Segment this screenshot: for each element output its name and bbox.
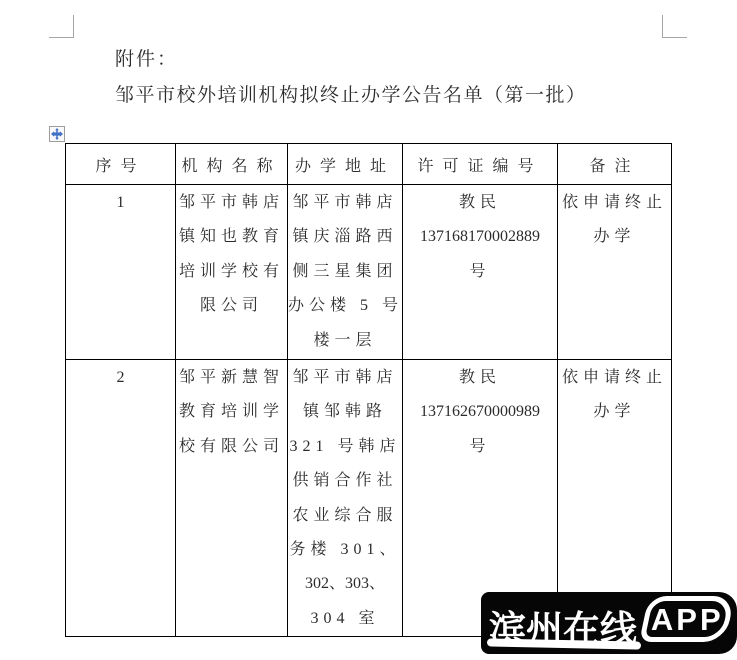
cell-line: 限公司 <box>176 289 287 323</box>
column-header: 序号 <box>66 144 176 185</box>
cell-line: 镇邹韩路 <box>288 395 402 429</box>
cell-line: 侧三星集团 <box>288 255 402 289</box>
cell-line: 教民 <box>403 361 557 395</box>
watermark-app-frame: APP <box>639 596 735 642</box>
cell-address: 邹平市韩店镇邹韩路321 号韩店供销合作社农业综合服务楼 301、302、303… <box>288 360 403 637</box>
page-margin-corner-right-icon <box>662 15 687 38</box>
cell-line: 2 <box>66 361 175 395</box>
cell-line: 校有限公司 <box>176 430 287 464</box>
cell-line: 邹平市韩店 <box>288 186 402 220</box>
page-title: 邹平市校外培训机构拟终止办学公告名单（第一批） <box>115 80 587 107</box>
cell-line: 1 <box>66 186 175 220</box>
cell-line: 321 号韩店 <box>288 430 402 464</box>
cell-line: 教育培训学 <box>176 395 287 429</box>
watermark-app-label: APP <box>651 601 724 638</box>
announcement-table: 序号机构名称办学地址许可证编号备注 1邹平市韩店镇知也教育培训学校有限公司邹平市… <box>65 143 672 637</box>
column-header: 许可证编号 <box>403 144 558 185</box>
cell-line: 依申请终止 <box>558 361 671 395</box>
cell-line: 137168170002889 <box>403 220 557 254</box>
cell-line: 号 <box>403 255 557 289</box>
cell-line: 办公楼 5 号 <box>288 289 402 323</box>
cell-line: 培训学校有 <box>176 255 287 289</box>
watermark-badge: 滨州在线 APP <box>481 592 737 654</box>
cell-line: 邹平新慧智 <box>176 361 287 395</box>
cell-name: 邹平市韩店镇知也教育培训学校有限公司 <box>176 185 288 360</box>
column-header: 备注 <box>558 144 672 185</box>
cell-line: 楼一层 <box>288 324 402 358</box>
page-margin-corner-left-icon <box>49 15 74 38</box>
cell-no: 2 <box>66 360 176 637</box>
cell-address: 邹平市韩店镇庆淄路西侧三星集团办公楼 5 号楼一层 <box>288 185 403 360</box>
cell-remark: 依申请终止办学 <box>558 185 672 360</box>
cell-line: 供销合作社 <box>288 464 402 498</box>
cell-name: 邹平新慧智教育培训学校有限公司 <box>176 360 288 637</box>
table-move-handle[interactable] <box>49 126 65 142</box>
cell-line: 137162670000989 <box>403 395 557 429</box>
cell-license: 教民137168170002889号 <box>403 185 558 360</box>
move-cross-icon <box>51 128 63 140</box>
cell-line: 办学 <box>558 395 671 429</box>
table-body: 1邹平市韩店镇知也教育培训学校有限公司邹平市韩店镇庆淄路西侧三星集团办公楼 5 … <box>66 185 672 637</box>
cell-line: 号 <box>403 430 557 464</box>
column-header: 办学地址 <box>288 144 403 185</box>
cell-line: 镇知也教育 <box>176 220 287 254</box>
attachment-label: 附件： <box>115 44 178 71</box>
cell-line: 教民 <box>403 186 557 220</box>
cell-line: 依申请终止 <box>558 186 671 220</box>
table-row: 1邹平市韩店镇知也教育培训学校有限公司邹平市韩店镇庆淄路西侧三星集团办公楼 5 … <box>66 185 672 360</box>
cell-no: 1 <box>66 185 176 360</box>
cell-line: 农业综合服 <box>288 499 402 533</box>
cell-line: 办学 <box>558 220 671 254</box>
cell-line: 务楼 301、 <box>288 533 402 567</box>
table-header-row: 序号机构名称办学地址许可证编号备注 <box>66 144 672 185</box>
cell-line: 邹平市韩店 <box>288 361 402 395</box>
column-header: 机构名称 <box>176 144 288 185</box>
cell-line: 邹平市韩店 <box>176 186 287 220</box>
cell-line: 304 室 <box>288 602 402 636</box>
cell-line: 302、303、 <box>288 567 402 601</box>
cell-line: 镇庆淄路西 <box>288 220 402 254</box>
